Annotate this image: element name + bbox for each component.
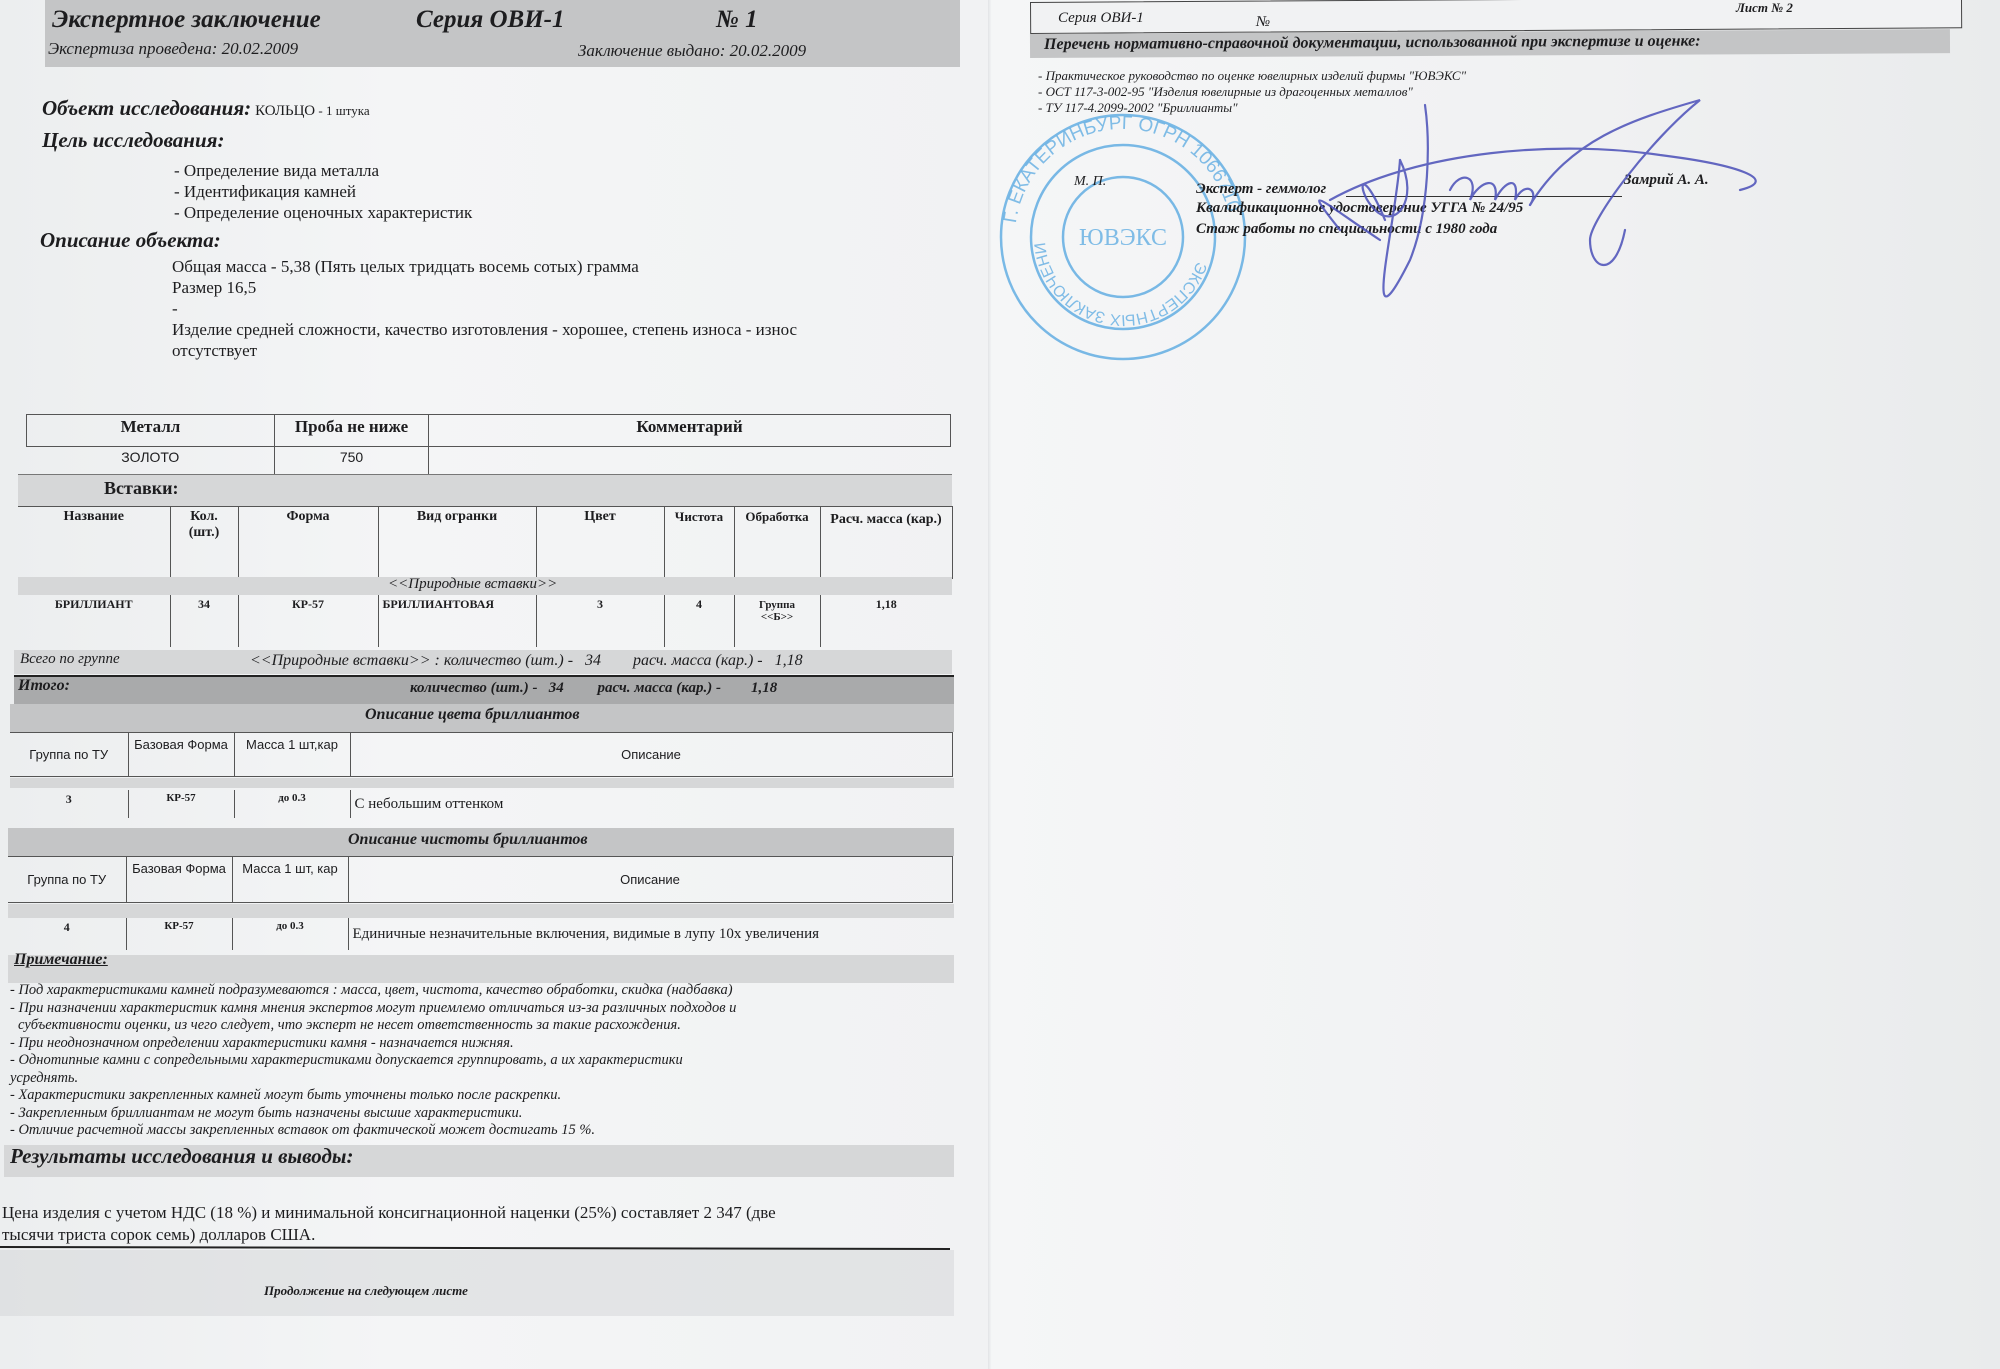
document-number: № 1: [716, 6, 758, 34]
cell-base-form: КР-57: [126, 918, 232, 950]
dash-line: -: [172, 298, 797, 319]
group-total-qty: 34: [585, 652, 601, 669]
col-clarity: Чистота: [664, 507, 734, 579]
condition-line: отсутствует: [172, 340, 797, 361]
description-body: Общая масса - 5,38 (Пять целых тридцать …: [172, 256, 797, 361]
col-group: Группа по ТУ: [8, 857, 126, 903]
cell-description: С небольшим оттенком: [350, 790, 952, 818]
stamp-place-mark: М. П.: [1074, 174, 1106, 190]
notes-band: [8, 955, 954, 983]
total-mass-label: расч. масса (кар.) -: [597, 680, 721, 696]
group-total-text: <<Природные вставки>> : количество (шт.)…: [250, 652, 573, 669]
note-line: - При неоднозначном определении характер…: [10, 1035, 950, 1053]
object-value: КОЛЬЦО: [255, 103, 315, 119]
col-base-form: Базовая Форма: [126, 857, 232, 903]
issued-date: Заключение выдано: 20.02.2009: [578, 41, 806, 61]
col-unit-mass: Масса 1 шт,кар: [234, 733, 350, 777]
price-line: Цена изделия с учетом НДС (18 %) и миним…: [2, 1202, 776, 1224]
comment-header: Комментарий: [429, 415, 951, 447]
color-gap-band: [10, 778, 954, 788]
cell-unit-mass: до 0.3: [234, 790, 350, 818]
cell-base-form: КР-57: [128, 790, 234, 818]
page2-series: Серия ОВИ-1: [1058, 10, 1144, 27]
table-row: 4 КР-57 до 0.3 Единичные незначительные …: [8, 918, 952, 950]
condition-line: Изделие средней сложности, качество изго…: [172, 319, 797, 340]
notes-label: Примечание:: [14, 951, 108, 969]
col-qty: Кол. (шт.): [170, 507, 238, 579]
table-row: БРИЛЛИАНТ 34 КР-57 БРИЛЛИАНТОВАЯ 3 4 Гру…: [18, 595, 952, 647]
cell-cut: БРИЛЛИАНТОВАЯ: [378, 595, 536, 647]
purpose-item: - Определение вида металла: [174, 160, 472, 181]
document-series: Серия ОВИ-1: [416, 6, 564, 34]
cell-clarity: 4: [664, 595, 734, 647]
note-line: - Отличие расчетной массы закрепленных в…: [10, 1122, 950, 1140]
svg-text:ЮВЭКС: ЮВЭКС: [1079, 225, 1167, 251]
description-label: Описание объекта:: [40, 228, 221, 253]
ring-size: Размер 16,5: [172, 277, 797, 298]
clarity-desc-title: Описание чистоты бриллиантов: [348, 831, 588, 849]
purpose-label: Цель исследования:: [42, 128, 224, 153]
total-qty-label: количество (шт.) -: [410, 680, 537, 696]
col-color: Цвет: [536, 507, 664, 579]
col-description: Описание: [348, 857, 952, 903]
inserts-label: Вставки:: [104, 478, 179, 499]
cell-group: 3: [10, 790, 128, 818]
note-line: - Под характеристиками камней подразумев…: [10, 982, 950, 1000]
table-row: 3 КР-57 до 0.3 С небольшим оттенком: [10, 790, 952, 818]
document-title: Экспертное заключение: [52, 6, 321, 34]
object-qty: - 1 штука: [315, 103, 370, 118]
metal-header: Металл: [27, 415, 275, 447]
col-cut: Вид огранки: [378, 507, 536, 579]
cell-processing: Группа <<Б>>: [734, 595, 820, 647]
col-name: Название: [18, 507, 170, 579]
col-mass: Расч. масса (кар.): [820, 507, 952, 579]
cell-group: 4: [8, 918, 126, 950]
group-total-mass: 1,18: [775, 652, 803, 669]
continued-band: [0, 1250, 954, 1316]
note-line: субъективности оценки, из чего следует, …: [10, 1017, 950, 1035]
col-shape: Форма: [238, 507, 378, 579]
object-label: Объект исследования:: [42, 96, 251, 120]
cell-description: Единичные незначительные включения, види…: [348, 918, 952, 950]
col-group: Группа по ТУ: [10, 733, 128, 777]
cell-qty: 34: [170, 595, 238, 647]
clarity-desc-table: Группа по ТУ Базовая Форма Масса 1 шт, к…: [8, 856, 953, 903]
cell-color: 3: [536, 595, 664, 647]
col-base-form: Базовая Форма: [128, 733, 234, 777]
group-label: <<Природные вставки>>: [388, 576, 557, 593]
clarity-gap-band: [8, 904, 954, 918]
note-line: - Закрепленным бриллиантам не могут быть…: [10, 1105, 950, 1123]
cell-mass: 1,18: [820, 595, 952, 647]
inserts-data: БРИЛЛИАНТ 34 КР-57 БРИЛЛИАНТОВАЯ 3 4 Гру…: [18, 595, 952, 647]
total-qty: 34: [549, 680, 564, 696]
cell-unit-mass: до 0.3: [232, 918, 348, 950]
results-text: Цена изделия с учетом НДС (18 %) и миним…: [2, 1202, 776, 1246]
page2-sheet: Лист № 2: [1736, 0, 1793, 16]
color-desc-title: Описание цвета бриллиантов: [365, 706, 580, 724]
note-line: - Однотипные камни с сопредельными харак…: [10, 1052, 950, 1070]
inserts-table: Название Кол. (шт.) Форма Вид огранки Цв…: [18, 506, 953, 579]
group-total-label: Всего по группе: [20, 651, 120, 668]
total-label: Итого:: [18, 677, 70, 695]
page2-number: №: [1256, 14, 1270, 31]
purpose-item: - Идентификация камней: [174, 181, 472, 202]
col-description: Описание: [350, 733, 952, 777]
total-mass: 1,18: [751, 680, 777, 696]
total-line: количество (шт.) - 34 расч. масса (кар.)…: [410, 680, 777, 697]
conducted-date: Экспертиза проведена: 20.02.2009: [48, 39, 298, 59]
object-line: Объект исследования: КОЛЬЦО - 1 штука: [42, 96, 370, 121]
assay-value: 750: [275, 447, 429, 477]
results-label: Результаты исследования и выводы:: [10, 1144, 353, 1169]
col-processing: Обработка: [734, 507, 820, 579]
group-total-mass-label: расч. масса (кар.) -: [633, 652, 763, 669]
color-desc-data: 3 КР-57 до 0.3 С небольшим оттенком: [10, 790, 952, 818]
cell-shape: КР-57: [238, 595, 378, 647]
assay-header: Проба не ниже: [275, 415, 429, 447]
price-line: тысячи триста сорок семь) долларов США.: [2, 1224, 776, 1246]
note-line: - Характеристики закрепленных камней мог…: [10, 1087, 950, 1105]
col-unit-mass: Масса 1 шт, кар: [232, 857, 348, 903]
group-total-line: <<Природные вставки>> : количество (шт.)…: [250, 652, 803, 670]
handwritten-signature-icon: [1180, 80, 1800, 340]
purpose-list: - Определение вида металла - Идентификац…: [174, 160, 472, 223]
color-desc-table: Группа по ТУ Базовая Форма Масса 1 шт,ка…: [10, 732, 953, 777]
comment-value: [429, 447, 951, 477]
continued-note: Продолжение на следующем листе: [264, 1283, 468, 1299]
total-mass: Общая масса - 5,38 (Пять целых тридцать …: [172, 256, 797, 277]
note-line: усреднять.: [10, 1070, 950, 1088]
note-line: - При назначении характеристик камня мне…: [10, 1000, 950, 1018]
clarity-desc-data: 4 КР-57 до 0.3 Единичные незначительные …: [8, 918, 952, 950]
metal-value: ЗОЛОТО: [27, 447, 275, 477]
notes-list: - Под характеристиками камней подразумев…: [10, 982, 950, 1140]
cell-name: БРИЛЛИАНТ: [18, 595, 170, 647]
metal-table: Металл Проба не ниже Комментарий ЗОЛОТО …: [26, 414, 951, 477]
purpose-item: - Определение оценочных характеристик: [174, 202, 472, 223]
references-title: Перечень нормативно-справочной документа…: [1044, 33, 1701, 54]
